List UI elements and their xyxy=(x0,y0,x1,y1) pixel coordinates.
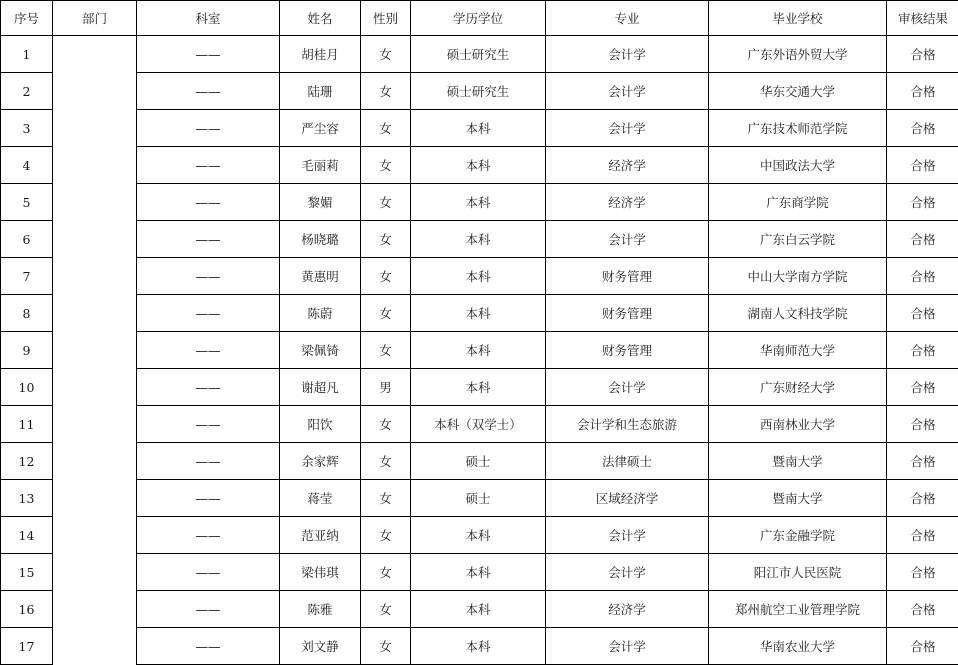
header-gender: 性别 xyxy=(361,1,411,36)
cell-department-merged xyxy=(53,36,137,665)
cell-result: 合格 xyxy=(887,332,958,369)
cell-name: 杨晓璐 xyxy=(280,221,361,258)
cell-gender: 女 xyxy=(361,406,411,443)
cell-degree: 硕士 xyxy=(411,480,546,517)
cell-result: 合格 xyxy=(887,221,958,258)
cell-name: 谢超凡 xyxy=(280,369,361,406)
cell-school: 广东外语外贸大学 xyxy=(709,36,887,73)
cell-degree: 本科（双学士） xyxy=(411,406,546,443)
cell-result: 合格 xyxy=(887,295,958,332)
cell-name: 阳饮 xyxy=(280,406,361,443)
cell-degree: 本科 xyxy=(411,591,546,628)
cell-school: 广东商学院 xyxy=(709,184,887,221)
cell-result: 合格 xyxy=(887,147,958,184)
cell-seq: 5 xyxy=(1,184,53,221)
cell-seq: 2 xyxy=(1,73,53,110)
cell-seq: 11 xyxy=(1,406,53,443)
cell-degree: 硕士研究生 xyxy=(411,73,546,110)
cell-gender: 女 xyxy=(361,480,411,517)
cell-seq: 15 xyxy=(1,554,53,591)
cell-major: 会计学 xyxy=(546,36,709,73)
cell-degree: 本科 xyxy=(411,147,546,184)
cell-name: 毛丽莉 xyxy=(280,147,361,184)
table-row: 9 —— 梁佩锜 女 本科 财务管理 华南师范大学 合格 xyxy=(1,332,958,369)
cell-major: 会计学 xyxy=(546,517,709,554)
cell-office: —— xyxy=(137,369,280,406)
table-row: 14 —— 范亚纳 女 本科 会计学 广东金融学院 合格 xyxy=(1,517,958,554)
header-office: 科室 xyxy=(137,1,280,36)
cell-school: 郑州航空工业管理学院 xyxy=(709,591,887,628)
cell-degree: 本科 xyxy=(411,369,546,406)
cell-school: 广东白云学院 xyxy=(709,221,887,258)
cell-name: 陆珊 xyxy=(280,73,361,110)
table-body: 1 —— 胡桂月 女 硕士研究生 会计学 广东外语外贸大学 合格 2 —— 陆珊… xyxy=(1,36,958,665)
cell-gender: 女 xyxy=(361,184,411,221)
cell-result: 合格 xyxy=(887,480,958,517)
cell-name: 黄惠明 xyxy=(280,258,361,295)
cell-gender: 女 xyxy=(361,73,411,110)
cell-office: —— xyxy=(137,221,280,258)
cell-office: —— xyxy=(137,480,280,517)
cell-result: 合格 xyxy=(887,443,958,480)
cell-major: 会计学 xyxy=(546,369,709,406)
cell-school: 中山大学南方学院 xyxy=(709,258,887,295)
cell-office: —— xyxy=(137,443,280,480)
cell-school: 暨南大学 xyxy=(709,443,887,480)
cell-degree: 本科 xyxy=(411,628,546,665)
cell-major: 法律硕士 xyxy=(546,443,709,480)
cell-gender: 女 xyxy=(361,221,411,258)
cell-result: 合格 xyxy=(887,36,958,73)
cell-major: 会计学 xyxy=(546,628,709,665)
cell-degree: 硕士研究生 xyxy=(411,36,546,73)
cell-school: 华南农业大学 xyxy=(709,628,887,665)
cell-office: —— xyxy=(137,73,280,110)
cell-major: 经济学 xyxy=(546,591,709,628)
cell-major: 经济学 xyxy=(546,147,709,184)
table-row: 8 —— 陈蔚 女 本科 财务管理 湖南人文科技学院 合格 xyxy=(1,295,958,332)
cell-degree: 本科 xyxy=(411,332,546,369)
table-row: 11 —— 阳饮 女 本科（双学士） 会计学和生态旅游 西南林业大学 合格 xyxy=(1,406,958,443)
cell-office: —— xyxy=(137,110,280,147)
cell-office: —— xyxy=(137,332,280,369)
cell-major: 经济学 xyxy=(546,184,709,221)
cell-office: —— xyxy=(137,517,280,554)
cell-school: 广东财经大学 xyxy=(709,369,887,406)
table-row: 13 —— 蒋莹 女 硕士 区域经济学 暨南大学 合格 xyxy=(1,480,958,517)
cell-gender: 男 xyxy=(361,369,411,406)
cell-seq: 7 xyxy=(1,258,53,295)
cell-degree: 本科 xyxy=(411,517,546,554)
cell-name: 刘文静 xyxy=(280,628,361,665)
cell-office: —— xyxy=(137,258,280,295)
header-row: 序号 部门 科室 姓名 性别 学历学位 专业 毕业学校 审核结果 xyxy=(1,1,958,36)
cell-office: —— xyxy=(137,554,280,591)
cell-name: 严尘容 xyxy=(280,110,361,147)
cell-result: 合格 xyxy=(887,73,958,110)
cell-degree: 本科 xyxy=(411,295,546,332)
cell-office: —— xyxy=(137,36,280,73)
table-row: 1 —— 胡桂月 女 硕士研究生 会计学 广东外语外贸大学 合格 xyxy=(1,36,958,73)
header-department: 部门 xyxy=(53,1,137,36)
table-row: 12 —— 余家辉 女 硕士 法律硕士 暨南大学 合格 xyxy=(1,443,958,480)
cell-result: 合格 xyxy=(887,406,958,443)
cell-result: 合格 xyxy=(887,628,958,665)
header-major: 专业 xyxy=(546,1,709,36)
cell-name: 余家辉 xyxy=(280,443,361,480)
cell-name: 黎媚 xyxy=(280,184,361,221)
cell-major: 会计学 xyxy=(546,110,709,147)
cell-gender: 女 xyxy=(361,295,411,332)
header-result: 审核结果 xyxy=(887,1,958,36)
cell-gender: 女 xyxy=(361,147,411,184)
cell-school: 中国政法大学 xyxy=(709,147,887,184)
cell-office: —— xyxy=(137,591,280,628)
table-row: 2 —— 陆珊 女 硕士研究生 会计学 华东交通大学 合格 xyxy=(1,73,958,110)
cell-result: 合格 xyxy=(887,554,958,591)
cell-office: —— xyxy=(137,147,280,184)
cell-major: 会计学 xyxy=(546,221,709,258)
cell-school: 阳江市人民医院 xyxy=(709,554,887,591)
cell-seq: 13 xyxy=(1,480,53,517)
table-row: 5 —— 黎媚 女 本科 经济学 广东商学院 合格 xyxy=(1,184,958,221)
cell-gender: 女 xyxy=(361,258,411,295)
cell-degree: 本科 xyxy=(411,184,546,221)
cell-office: —— xyxy=(137,628,280,665)
cell-seq: 17 xyxy=(1,628,53,665)
cell-gender: 女 xyxy=(361,554,411,591)
cell-result: 合格 xyxy=(887,258,958,295)
cell-seq: 14 xyxy=(1,517,53,554)
cell-degree: 本科 xyxy=(411,221,546,258)
cell-degree: 本科 xyxy=(411,110,546,147)
cell-school: 西南林业大学 xyxy=(709,406,887,443)
table-row: 7 —— 黄惠明 女 本科 财务管理 中山大学南方学院 合格 xyxy=(1,258,958,295)
header-seq: 序号 xyxy=(1,1,53,36)
table-row: 15 —— 梁伟琪 女 本科 会计学 阳江市人民医院 合格 xyxy=(1,554,958,591)
cell-degree: 本科 xyxy=(411,258,546,295)
cell-school: 湖南人文科技学院 xyxy=(709,295,887,332)
cell-gender: 女 xyxy=(361,443,411,480)
header-school: 毕业学校 xyxy=(709,1,887,36)
cell-major: 会计学 xyxy=(546,73,709,110)
cell-result: 合格 xyxy=(887,110,958,147)
cell-result: 合格 xyxy=(887,517,958,554)
cell-major: 财务管理 xyxy=(546,332,709,369)
cell-seq: 9 xyxy=(1,332,53,369)
cell-gender: 女 xyxy=(361,36,411,73)
cell-office: —— xyxy=(137,406,280,443)
header-name: 姓名 xyxy=(280,1,361,36)
cell-major: 财务管理 xyxy=(546,295,709,332)
table-row: 3 —— 严尘容 女 本科 会计学 广东技术师范学院 合格 xyxy=(1,110,958,147)
cell-name: 梁伟琪 xyxy=(280,554,361,591)
cell-seq: 10 xyxy=(1,369,53,406)
cell-seq: 8 xyxy=(1,295,53,332)
cell-result: 合格 xyxy=(887,591,958,628)
cell-seq: 6 xyxy=(1,221,53,258)
cell-gender: 女 xyxy=(361,517,411,554)
cell-major: 会计学和生态旅游 xyxy=(546,406,709,443)
cell-school: 华东交通大学 xyxy=(709,73,887,110)
cell-name: 陈雅 xyxy=(280,591,361,628)
cell-school: 广东技术师范学院 xyxy=(709,110,887,147)
cell-name: 范亚纳 xyxy=(280,517,361,554)
cell-seq: 3 xyxy=(1,110,53,147)
cell-seq: 16 xyxy=(1,591,53,628)
cell-office: —— xyxy=(137,184,280,221)
cell-gender: 女 xyxy=(361,332,411,369)
table-header: 序号 部门 科室 姓名 性别 学历学位 专业 毕业学校 审核结果 xyxy=(1,1,958,36)
cell-result: 合格 xyxy=(887,369,958,406)
table-row: 4 —— 毛丽莉 女 本科 经济学 中国政法大学 合格 xyxy=(1,147,958,184)
cell-major: 区域经济学 xyxy=(546,480,709,517)
cell-seq: 12 xyxy=(1,443,53,480)
cell-degree: 本科 xyxy=(411,554,546,591)
cell-degree: 硕士 xyxy=(411,443,546,480)
header-degree: 学历学位 xyxy=(411,1,546,36)
cell-result: 合格 xyxy=(887,184,958,221)
cell-school: 华南师范大学 xyxy=(709,332,887,369)
cell-name: 梁佩锜 xyxy=(280,332,361,369)
cell-name: 胡桂月 xyxy=(280,36,361,73)
table-row: 17 —— 刘文静 女 本科 会计学 华南农业大学 合格 xyxy=(1,628,958,665)
cell-name: 陈蔚 xyxy=(280,295,361,332)
cell-seq: 1 xyxy=(1,36,53,73)
table-row: 6 —— 杨晓璐 女 本科 会计学 广东白云学院 合格 xyxy=(1,221,958,258)
cell-office: —— xyxy=(137,295,280,332)
cell-major: 财务管理 xyxy=(546,258,709,295)
cell-name: 蒋莹 xyxy=(280,480,361,517)
cell-gender: 女 xyxy=(361,628,411,665)
cell-seq: 4 xyxy=(1,147,53,184)
table-row: 10 —— 谢超凡 男 本科 会计学 广东财经大学 合格 xyxy=(1,369,958,406)
cell-school: 广东金融学院 xyxy=(709,517,887,554)
cell-major: 会计学 xyxy=(546,554,709,591)
cell-gender: 女 xyxy=(361,110,411,147)
table-row: 16 —— 陈雅 女 本科 经济学 郑州航空工业管理学院 合格 xyxy=(1,591,958,628)
cell-gender: 女 xyxy=(361,591,411,628)
cell-school: 暨南大学 xyxy=(709,480,887,517)
review-results-table: 序号 部门 科室 姓名 性别 学历学位 专业 毕业学校 审核结果 1 —— 胡桂… xyxy=(0,0,958,665)
